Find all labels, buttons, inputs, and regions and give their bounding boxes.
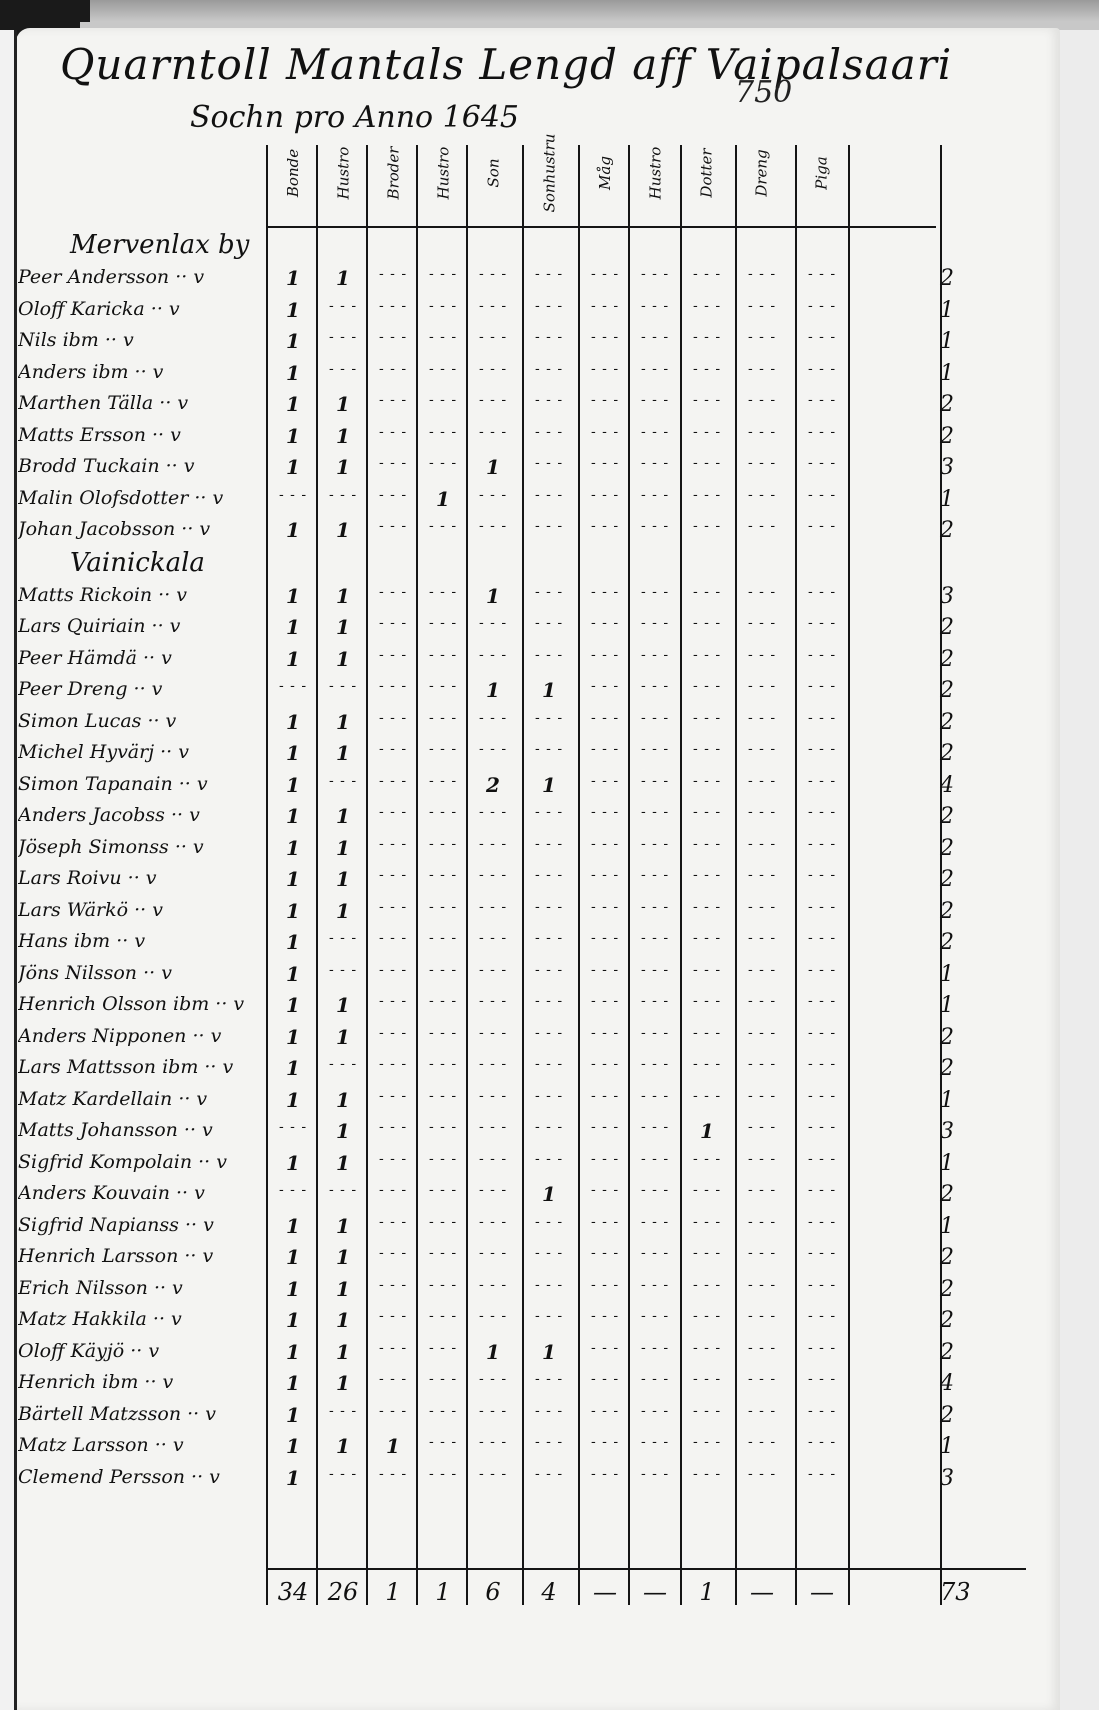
column-header: Broder xyxy=(368,125,418,220)
tally-cell: - - - xyxy=(580,1025,630,1041)
household-count: 3 xyxy=(940,1119,954,1144)
tally-cell: - - - xyxy=(418,455,468,471)
tally-cell: - - - xyxy=(580,993,630,1009)
person-name: Henrich Olsson ibm ·· v xyxy=(18,993,273,1015)
tally-cell: - - - xyxy=(368,1277,418,1293)
household-count: 2 xyxy=(940,518,954,543)
tally-cell: - - - xyxy=(580,1308,630,1324)
tally-cell: 1 xyxy=(524,1340,574,1364)
table-row: Johan Jacobsson ·· v11- - -- - -- - -- -… xyxy=(18,518,1018,548)
tally-cell: - - - xyxy=(524,647,574,663)
tally-cell: - - - xyxy=(368,773,418,789)
tally-cell: - - - xyxy=(737,615,787,631)
tally-cell: 1 xyxy=(318,1245,368,1269)
tally-cell: - - - xyxy=(418,266,468,282)
tally-cell: 1 xyxy=(318,1340,368,1364)
tally-cell: - - - xyxy=(318,678,368,694)
person-name: Oloff Karicka ·· v xyxy=(18,298,273,320)
person-name: Brodd Tuckain ·· v xyxy=(18,455,273,477)
tally-cell: - - - xyxy=(318,773,368,789)
tally-cell: - - - xyxy=(630,773,680,789)
tally-cell: - - - xyxy=(630,678,680,694)
tally-cell: - - - xyxy=(524,1277,574,1293)
column-header: Hustro xyxy=(630,125,680,220)
tally-cell: - - - xyxy=(368,1056,418,1072)
tally-cell: - - - xyxy=(682,1277,732,1293)
tally-cell: - - - xyxy=(368,266,418,282)
tally-cell: - - - xyxy=(580,1245,630,1261)
tally-cell: - - - xyxy=(682,1308,732,1324)
column-header: Dreng xyxy=(737,125,787,220)
tally-cell: 1 xyxy=(268,1466,318,1490)
tally-cell: - - - xyxy=(524,1119,574,1135)
tally-cell: - - - xyxy=(524,1088,574,1104)
tally-cell: - - - xyxy=(468,1025,518,1041)
tally-cell: - - - xyxy=(797,266,847,282)
tally-cell: - - - xyxy=(630,1277,680,1293)
household-count: 2 xyxy=(940,615,954,640)
tally-cell: - - - xyxy=(737,1088,787,1104)
tally-cell: - - - xyxy=(318,962,368,978)
table-row: Erich Nilsson ·· v11- - -- - -- - -- - -… xyxy=(18,1277,1018,1307)
table-row: Lars Mattsson ibm ·· v1- - -- - -- - -- … xyxy=(18,1056,1018,1086)
tally-cell: - - - xyxy=(524,899,574,915)
tally-cell: - - - xyxy=(630,1371,680,1387)
person-name: Malin Olofsdotter ·· v xyxy=(18,487,273,509)
tally-cell: - - - xyxy=(418,1214,468,1230)
tally-cell: - - - xyxy=(368,392,418,408)
tally-cell: - - - xyxy=(682,710,732,726)
table-row: Henrich ibm ·· v11- - -- - -- - -- - -- … xyxy=(18,1371,1018,1401)
tally-cell: - - - xyxy=(630,1025,680,1041)
tally-cell: - - - xyxy=(580,1434,630,1450)
tally-cell: - - - xyxy=(682,266,732,282)
tally-cell: - - - xyxy=(797,1308,847,1324)
tally-cell: - - - xyxy=(418,1277,468,1293)
tally-cell: 1 xyxy=(318,710,368,734)
person-name: Peer Andersson ·· v xyxy=(18,266,273,288)
table-row: Henrich Larsson ·· v11- - -- - -- - -- -… xyxy=(18,1245,1018,1275)
column-total: 26 xyxy=(318,1578,368,1606)
tally-cell: - - - xyxy=(797,1245,847,1261)
tally-cell: - - - xyxy=(524,615,574,631)
tally-cell: - - - xyxy=(368,1371,418,1387)
tally-cell: - - - xyxy=(630,1340,680,1356)
tally-cell: 1 xyxy=(318,1308,368,1332)
household-count: 2 xyxy=(940,1182,954,1207)
tally-cell: - - - xyxy=(468,993,518,1009)
tally-cell: - - - xyxy=(418,615,468,631)
tally-cell: - - - xyxy=(797,1277,847,1293)
tally-cell: - - - xyxy=(418,993,468,1009)
tally-cell: - - - xyxy=(318,1182,368,1198)
tally-cell: - - - xyxy=(468,962,518,978)
tally-cell: - - - xyxy=(368,1151,418,1167)
tally-cell: - - - xyxy=(797,1182,847,1198)
household-count: 2 xyxy=(940,741,954,766)
household-count: 2 xyxy=(940,710,954,735)
village-heading: Mervenlax by xyxy=(70,230,249,260)
table-row: Oloff Karicka ·· v1- - -- - -- - -- - --… xyxy=(18,298,1018,328)
ledger-grid: BondeHustroBroderHustroSonSonhustruMågHu… xyxy=(0,0,1099,1710)
tally-cell: 1 xyxy=(318,741,368,765)
table-row: Sigfrid Napianss ·· v11- - -- - -- - -- … xyxy=(18,1214,1018,1244)
table-row: Malin Olofsdotter ·· v- - -- - -- - -1- … xyxy=(18,487,1018,517)
tally-cell: - - - xyxy=(630,1466,680,1482)
tally-cell: 1 xyxy=(318,647,368,671)
tally-cell: - - - xyxy=(580,930,630,946)
tally-cell: 1 xyxy=(268,1308,318,1332)
tally-cell: - - - xyxy=(418,1088,468,1104)
tally-cell: - - - xyxy=(418,899,468,915)
column-header-label: Bonde xyxy=(284,148,302,196)
column-header-label: Dreng xyxy=(753,149,771,196)
tally-cell: - - - xyxy=(418,930,468,946)
tally-cell: - - - xyxy=(418,678,468,694)
column-header-label: Broder xyxy=(384,146,402,199)
tally-cell: - - - xyxy=(468,1182,518,1198)
person-name: Matts Rickoin ·· v xyxy=(18,584,273,606)
tally-cell: - - - xyxy=(368,867,418,883)
tally-cell: - - - xyxy=(630,615,680,631)
tally-cell: - - - xyxy=(737,584,787,600)
household-count: 2 xyxy=(940,1025,954,1050)
household-count: 4 xyxy=(940,773,954,798)
tally-cell: - - - xyxy=(737,1245,787,1261)
tally-cell: - - - xyxy=(580,1277,630,1293)
tally-cell: - - - xyxy=(368,1308,418,1324)
tally-cell: 1 xyxy=(268,1151,318,1175)
tally-cell: 1 xyxy=(318,836,368,860)
tally-cell: 1 xyxy=(318,1025,368,1049)
tally-cell: - - - xyxy=(524,1151,574,1167)
tally-cell: - - - xyxy=(318,487,368,503)
tally-cell: - - - xyxy=(468,1245,518,1261)
tally-cell: - - - xyxy=(468,804,518,820)
tally-cell: - - - xyxy=(580,1151,630,1167)
tally-cell: 1 xyxy=(468,584,518,608)
tally-cell: 1 xyxy=(318,804,368,828)
table-row: Peer Dreng ·· v- - -- - -- - -- - -11- -… xyxy=(18,678,1018,708)
table-row: Matts Ersson ·· v11- - -- - -- - -- - --… xyxy=(18,424,1018,454)
tally-cell: - - - xyxy=(418,1340,468,1356)
tally-cell: 1 xyxy=(268,867,318,891)
tally-cell: 1 xyxy=(268,804,318,828)
tally-cell: - - - xyxy=(737,266,787,282)
tally-cell: - - - xyxy=(797,615,847,631)
person-name: Peer Hämdä ·· v xyxy=(18,647,273,669)
person-name: Matts Johansson ·· v xyxy=(18,1119,273,1141)
tally-cell: - - - xyxy=(580,1182,630,1198)
tally-cell: - - - xyxy=(524,993,574,1009)
tally-cell: - - - xyxy=(524,361,574,377)
totals-rule xyxy=(266,1568,1026,1570)
tally-cell: 1 xyxy=(318,392,368,416)
tally-cell: - - - xyxy=(368,1182,418,1198)
tally-cell: - - - xyxy=(682,930,732,946)
tally-cell: - - - xyxy=(737,1182,787,1198)
tally-cell: - - - xyxy=(737,1466,787,1482)
tally-cell: - - - xyxy=(580,584,630,600)
tally-cell: - - - xyxy=(737,1277,787,1293)
tally-cell: - - - xyxy=(797,518,847,534)
tally-cell: - - - xyxy=(468,329,518,345)
tally-cell: - - - xyxy=(682,773,732,789)
table-row: Anders Kouvain ·· v- - -- - -- - -- - --… xyxy=(18,1182,1018,1212)
person-name: Peer Dreng ·· v xyxy=(18,678,273,700)
table-row: Jöseph Simonss ·· v11- - -- - -- - -- - … xyxy=(18,836,1018,866)
tally-cell: 1 xyxy=(268,392,318,416)
column-total: 1 xyxy=(682,1578,732,1606)
tally-cell: - - - xyxy=(368,424,418,440)
tally-cell: - - - xyxy=(797,993,847,1009)
tally-cell: - - - xyxy=(737,962,787,978)
tally-cell: - - - xyxy=(418,518,468,534)
household-count: 2 xyxy=(940,1056,954,1081)
tally-cell: - - - xyxy=(418,741,468,757)
tally-cell: - - - xyxy=(418,773,468,789)
tally-cell: - - - xyxy=(682,1434,732,1450)
tally-cell: - - - xyxy=(580,1340,630,1356)
tally-cell: - - - xyxy=(468,518,518,534)
tally-cell: - - - xyxy=(468,1088,518,1104)
person-name: Simon Tapanain ·· v xyxy=(18,773,273,795)
household-count: 1 xyxy=(940,298,954,323)
table-row: Peer Hämdä ·· v11- - -- - -- - -- - -- -… xyxy=(18,647,1018,677)
tally-cell: 1 xyxy=(268,1056,318,1080)
tally-cell: 1 xyxy=(268,962,318,986)
tally-cell: - - - xyxy=(682,867,732,883)
tally-cell: - - - xyxy=(797,329,847,345)
tally-cell: - - - xyxy=(580,1466,630,1482)
person-name: Matz Kardellain ·· v xyxy=(18,1088,273,1110)
tally-cell: - - - xyxy=(797,424,847,440)
household-count: 2 xyxy=(940,647,954,672)
tally-cell: 1 xyxy=(268,518,318,542)
tally-cell: - - - xyxy=(737,329,787,345)
tally-cell: 1 xyxy=(318,1151,368,1175)
tally-cell: - - - xyxy=(797,487,847,503)
household-count: 2 xyxy=(940,804,954,829)
tally-cell: 1 xyxy=(268,1277,318,1301)
tally-cell: - - - xyxy=(524,710,574,726)
table-row: Matz Larsson ·· v111- - -- - -- - -- - -… xyxy=(18,1434,1018,1464)
tally-cell: 1 xyxy=(318,1434,368,1458)
tally-cell: - - - xyxy=(468,899,518,915)
tally-cell: 1 xyxy=(318,1214,368,1238)
tally-cell: - - - xyxy=(630,329,680,345)
tally-cell: - - - xyxy=(737,518,787,534)
totals-row: 34261164——1——73 xyxy=(18,1578,1018,1608)
table-row: Brodd Tuckain ·· v11- - -- - -1- - -- - … xyxy=(18,455,1018,485)
person-name: Henrich ibm ·· v xyxy=(18,1371,273,1393)
tally-cell: - - - xyxy=(737,361,787,377)
household-count: 1 xyxy=(940,1088,954,1113)
tally-cell: - - - xyxy=(580,615,630,631)
household-count: 2 xyxy=(940,392,954,417)
tally-cell: - - - xyxy=(468,266,518,282)
tally-cell: - - - xyxy=(268,1119,318,1135)
tally-cell: - - - xyxy=(468,741,518,757)
tally-cell: - - - xyxy=(580,741,630,757)
tally-cell: - - - xyxy=(418,1245,468,1261)
tally-cell: - - - xyxy=(418,1466,468,1482)
person-name: Henrich Larsson ·· v xyxy=(18,1245,273,1267)
table-row: Sigfrid Kompolain ·· v11- - -- - -- - --… xyxy=(18,1151,1018,1181)
tally-cell: - - - xyxy=(418,1182,468,1198)
tally-cell: - - - xyxy=(524,867,574,883)
tally-cell: - - - xyxy=(368,993,418,1009)
tally-cell: - - - xyxy=(737,1403,787,1419)
tally-cell: - - - xyxy=(368,1466,418,1482)
tally-cell: - - - xyxy=(368,930,418,946)
tally-cell: - - - xyxy=(368,455,418,471)
tally-cell: - - - xyxy=(630,1056,680,1072)
table-row: Lars Quiriain ·· v11- - -- - -- - -- - -… xyxy=(18,615,1018,645)
column-header-label: Hustro xyxy=(434,146,452,199)
household-count: 1 xyxy=(940,1214,954,1239)
tally-cell: 1 xyxy=(268,266,318,290)
household-count: 1 xyxy=(940,993,954,1018)
tally-cell: - - - xyxy=(468,1403,518,1419)
household-count: 2 xyxy=(940,930,954,955)
tally-cell: 1 xyxy=(524,1182,574,1206)
tally-cell: - - - xyxy=(737,710,787,726)
table-row: Marthen Tälla ·· v11- - -- - -- - -- - -… xyxy=(18,392,1018,422)
tally-cell: - - - xyxy=(797,1151,847,1167)
tally-cell: - - - xyxy=(630,266,680,282)
tally-cell: 1 xyxy=(268,361,318,385)
grand-total: 73 xyxy=(940,1578,971,1606)
table-row: Matts Rickoin ·· v11- - -- - -1- - -- - … xyxy=(18,584,1018,614)
tally-cell: - - - xyxy=(737,298,787,314)
tally-cell: - - - xyxy=(797,1056,847,1072)
tally-cell: - - - xyxy=(580,804,630,820)
tally-cell: - - - xyxy=(797,1088,847,1104)
tally-cell: 1 xyxy=(268,741,318,765)
tally-cell: - - - xyxy=(737,647,787,663)
column-total: — xyxy=(630,1578,680,1606)
tally-cell: 1 xyxy=(268,647,318,671)
table-row: Matts Johansson ·· v- - -1- - -- - -- - … xyxy=(18,1119,1018,1149)
tally-cell: - - - xyxy=(797,930,847,946)
tally-cell: - - - xyxy=(418,392,468,408)
tally-cell: - - - xyxy=(580,1403,630,1419)
tally-cell: - - - xyxy=(524,741,574,757)
household-count: 2 xyxy=(940,1277,954,1302)
column-header-label: Piga xyxy=(813,156,831,189)
tally-cell: - - - xyxy=(737,741,787,757)
tally-cell: 1 xyxy=(268,455,318,479)
tally-cell: - - - xyxy=(468,1371,518,1387)
household-count: 3 xyxy=(940,1466,954,1491)
tally-cell: - - - xyxy=(468,1466,518,1482)
column-total: — xyxy=(580,1578,630,1606)
household-count: 2 xyxy=(940,836,954,861)
table-row: Nils ibm ·· v1- - -- - -- - -- - -- - --… xyxy=(18,329,1018,359)
tally-cell: - - - xyxy=(630,518,680,534)
tally-cell: 1 xyxy=(318,1277,368,1301)
tally-cell: - - - xyxy=(268,678,318,694)
tally-cell: - - - xyxy=(682,584,732,600)
tally-cell: - - - xyxy=(737,1151,787,1167)
column-total: 34 xyxy=(268,1578,318,1606)
tally-cell: - - - xyxy=(737,1214,787,1230)
tally-cell: - - - xyxy=(630,584,680,600)
tally-cell: - - - xyxy=(737,1340,787,1356)
person-name: Lars Wärkö ·· v xyxy=(18,899,273,921)
household-count: 1 xyxy=(940,329,954,354)
tally-cell: 1 xyxy=(318,1371,368,1395)
tally-cell: 1 xyxy=(318,615,368,639)
tally-cell: - - - xyxy=(797,962,847,978)
tally-cell: - - - xyxy=(468,1056,518,1072)
tally-cell: - - - xyxy=(797,899,847,915)
tally-cell: - - - xyxy=(630,1088,680,1104)
tally-cell: - - - xyxy=(468,647,518,663)
person-name: Matts Ersson ·· v xyxy=(18,424,273,446)
tally-cell: - - - xyxy=(682,392,732,408)
tally-cell: - - - xyxy=(580,329,630,345)
tally-cell: 1 xyxy=(418,487,468,511)
tally-cell: - - - xyxy=(580,1056,630,1072)
tally-cell: - - - xyxy=(580,647,630,663)
tally-cell: - - - xyxy=(630,867,680,883)
tally-cell: 1 xyxy=(524,773,574,797)
tally-cell: - - - xyxy=(524,266,574,282)
tally-cell: - - - xyxy=(318,1403,368,1419)
tally-cell: - - - xyxy=(368,678,418,694)
tally-cell: - - - xyxy=(418,962,468,978)
tally-cell: 1 xyxy=(468,678,518,702)
table-row: Michel Hyvärj ·· v11- - -- - -- - -- - -… xyxy=(18,741,1018,771)
tally-cell: - - - xyxy=(682,1403,732,1419)
tally-cell: - - - xyxy=(524,1308,574,1324)
tally-cell: - - - xyxy=(737,1025,787,1041)
tally-cell: - - - xyxy=(368,710,418,726)
tally-cell: 1 xyxy=(268,993,318,1017)
table-row: Anders Nipponen ·· v11- - -- - -- - -- -… xyxy=(18,1025,1018,1055)
tally-cell: - - - xyxy=(418,836,468,852)
tally-cell: 1 xyxy=(318,584,368,608)
tally-cell: 1 xyxy=(318,424,368,448)
tally-cell: - - - xyxy=(580,836,630,852)
tally-cell: - - - xyxy=(468,710,518,726)
tally-cell: 1 xyxy=(318,1119,368,1143)
tally-cell: 2 xyxy=(468,773,518,797)
tally-cell: - - - xyxy=(737,930,787,946)
tally-cell: - - - xyxy=(418,867,468,883)
tally-cell: - - - xyxy=(368,804,418,820)
person-name: Sigfrid Napianss ·· v xyxy=(18,1214,273,1236)
tally-cell: - - - xyxy=(737,867,787,883)
tally-cell: - - - xyxy=(524,424,574,440)
tally-cell: - - - xyxy=(682,1340,732,1356)
tally-cell: - - - xyxy=(630,1182,680,1198)
tally-cell: - - - xyxy=(368,1245,418,1261)
tally-cell: - - - xyxy=(318,930,368,946)
tally-cell: - - - xyxy=(524,962,574,978)
column-header: Hustro xyxy=(318,125,368,220)
person-name: Jöns Nilsson ·· v xyxy=(18,962,273,984)
tally-cell: - - - xyxy=(580,455,630,471)
tally-cell: - - - xyxy=(418,1371,468,1387)
tally-cell: 1 xyxy=(268,424,318,448)
tally-cell: 1 xyxy=(468,1340,518,1364)
tally-cell: - - - xyxy=(797,1371,847,1387)
tally-cell: - - - xyxy=(318,1056,368,1072)
tally-cell: - - - xyxy=(630,741,680,757)
